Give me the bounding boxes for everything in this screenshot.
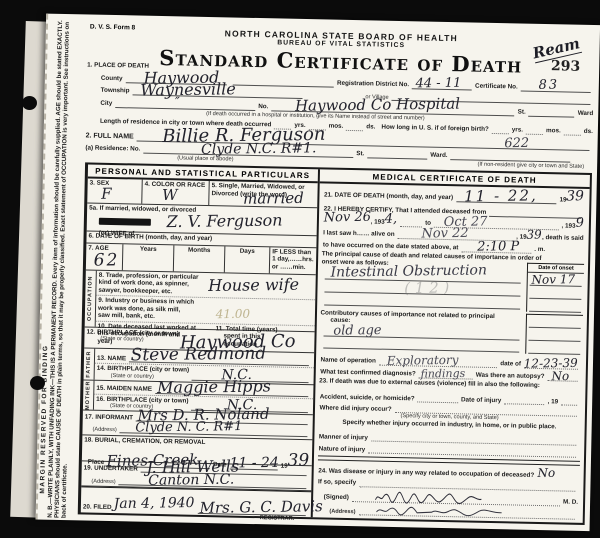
place-section-label: 1. PLACE OF DEATH [87,61,149,70]
mother-side-label: MOTHER [85,381,92,410]
occupation-side-label: OCCUPATION [87,275,94,321]
related-handwriting: No [537,466,555,480]
contributory-block: Contributory causes of importance not re… [320,309,583,354]
operation-date-handwriting: 12-23-39 [524,355,578,370]
father-side-label: FATHER [86,350,93,377]
form-number: D. V. S. Form 8 [90,24,135,32]
age-handwriting: 62 [94,250,120,270]
sex-label: 3. SEX [90,180,140,189]
reg-district-handwriting: 44 - 11 [416,76,462,92]
punch-hole-icon [30,376,45,390]
age-months-label: Months [176,246,222,255]
address-label: (Address) [329,508,355,515]
informant-address-label: (Address) [92,427,116,434]
ds-label: ds. [366,124,375,132]
contributory-onset-box [525,313,583,354]
certificate-no-handwriting: 83 [538,78,559,93]
father-name-label: 13. NAME [97,355,126,363]
trade-handwriting: House wife [208,275,299,295]
mother-name-handwriting: Maggie Hipps [157,376,271,397]
street-label: St. [518,109,526,117]
certificate-form: D. V. S. Form 8 Ream 293 NORTH CAROLINA … [78,17,595,529]
burial-year-handwriting: 39 [287,450,309,470]
nature-label: Nature of injury [319,445,366,454]
autopsy-handwriting: No [551,369,569,383]
sex-handwriting: F [101,185,112,203]
external-causes-block: 23. If death was due to external causes … [318,378,582,458]
undertaker-address-handwriting: Canton N.C. [148,472,234,489]
signature-block: 24. Was disease or injury in any way rel… [316,463,579,519]
principal-cause-block: The principal cause of death and related… [321,251,585,313]
where-label: Where did injury occur? [319,404,391,413]
nonresident-note: (If non-resident give city or town and S… [477,162,584,170]
test-label: What test confirmed diagnosis? [320,368,416,378]
certify-block: 22. I HEREBY CERTIFY, That I attended de… [322,201,585,254]
registrar-signature-handwriting: Mrs. G. C. Davis [199,497,322,517]
particulars-table: PERSONAL AND STATISTICAL PARTICULARS 3. … [78,162,592,525]
attended-to-year-handwriting: 9 [575,215,583,230]
punch-hole-icon [22,96,37,110]
marital-handwriting: married [243,189,304,208]
faint-code-stamp: ( 1 2 ) [404,279,449,298]
filed-label: 20. FILED [83,504,112,512]
residence-handwriting: Clyde N.C. R#1. [201,140,317,158]
street-label: St. [356,151,364,159]
onset-date-handwriting: Nov 17 [531,272,575,287]
institution-handwriting: Haywood Co Hospital [295,95,460,115]
hour-of-death-handwriting: 2:10 P [477,239,519,255]
medical-column: MEDICAL CERTIFICATE OF DEATH 21. DATE OF… [312,169,590,523]
m-label: . m. [534,246,545,254]
attended-from-handwriting: Nov 26 [323,209,370,225]
last-saw-year-handwriting: 39 [526,227,541,241]
date-of-death-label: 21. DATE OF DEATH (month, day, and year) [324,192,453,202]
race-handwriting: W [162,186,178,204]
city-label: City [100,100,112,108]
mother-name-label: 15. MAIDEN NAME [96,385,152,394]
test-handwriting: findings [420,366,465,380]
last-saw-handwriting: Nov 22 [421,225,468,241]
attended-from-year-handwriting: 4, [384,211,397,226]
city-ditto-handwriting: ″ [175,95,180,110]
redaction-mark [99,218,151,226]
spouse-handwriting: Z. V. Ferguson [166,210,282,231]
age-days-label: Days [227,247,267,255]
physician-address-scrawl [374,503,504,519]
death-certificate-page: MARGIN RESERVED FOR BINDING N. B.—WRITE … [36,14,600,531]
file-number-handwriting: 622 [504,136,529,151]
father-name-handwriting: Steve Redmond [131,344,267,366]
dod-year-handwriting: 39 [566,188,584,204]
undertaker-address-label: (Address) [91,479,115,486]
record-stamp: Ream 293 [532,39,580,75]
contributory-handwriting: old age [333,323,381,339]
date-of-death-handwriting: 11 - 22, [464,186,538,205]
autopsy-label: Was there an autopsy? [476,372,545,381]
ds-label: ds. [584,128,593,136]
informant-label: 17. INFORMANT [85,413,133,422]
filed-date-handwriting: Jan 4, 1940 [113,495,194,512]
operation-handwriting: Exploratory [386,352,458,367]
faint-fee-mark: 41.00 [216,307,251,321]
operation-block: Name of operation Exploratory date of 12… [319,351,582,381]
personal-column: PERSONAL AND STATISTICAL PARTICULARS 3. … [81,164,320,517]
age-years-label: Years [125,245,171,254]
township-handwriting: Waynesville [140,79,236,99]
date-of-onset-box: Date of onset Nov 17 [526,263,584,313]
informant-address-handwriting: Clyde N. C. R#1 [135,419,242,435]
